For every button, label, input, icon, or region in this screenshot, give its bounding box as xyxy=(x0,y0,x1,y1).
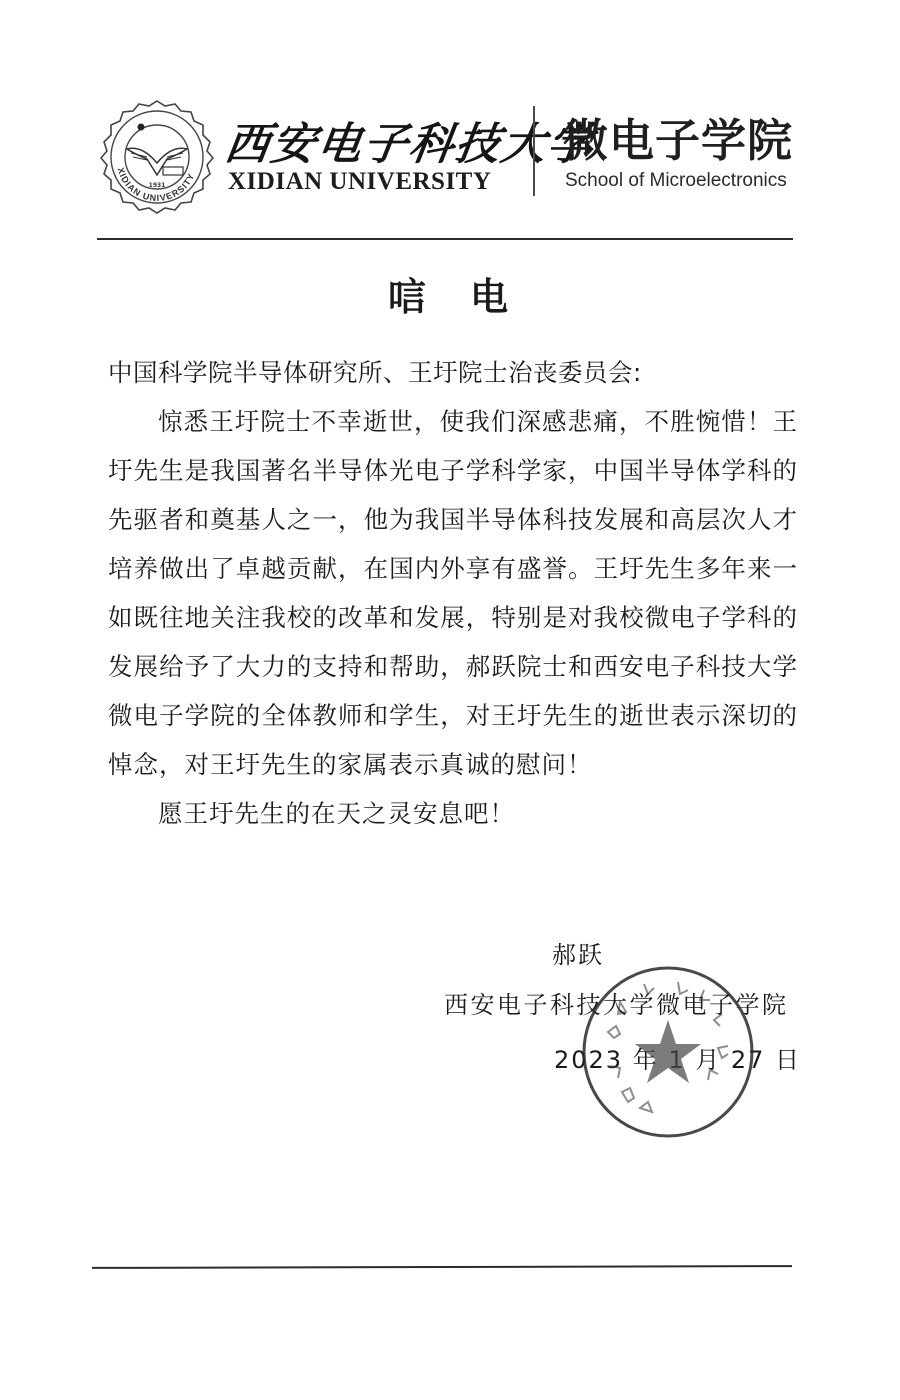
footer-rule xyxy=(92,1265,792,1269)
header-rule xyxy=(97,238,793,240)
letter-body: 中国科学院半导体研究所、王圩院士治丧委员会: 惊悉王圩院士不幸逝世，使我们深感悲… xyxy=(108,348,798,838)
official-seal-icon xyxy=(578,962,758,1142)
document-title: 唁电 xyxy=(0,266,900,321)
paragraph-closing: 愿王圩先生的在天之灵安息吧！ xyxy=(108,789,798,838)
salutation: 中国科学院半导体研究所、王圩院士治丧委员会: xyxy=(108,348,798,397)
header-divider xyxy=(533,106,535,196)
university-emblem-icon: 1931 XIDIAN UNIVERSITY xyxy=(97,97,217,217)
school-name-en: School of Microelectronics xyxy=(565,170,787,192)
university-name-cn: 西安电子科技大学 xyxy=(222,108,599,172)
university-name-en: XIDIAN UNIVERSITY xyxy=(228,168,491,196)
school-name-cn: 微电子学院 xyxy=(563,104,793,169)
svg-text:1931: 1931 xyxy=(149,182,166,189)
paragraph-condolence: 惊悉王圩院士不幸逝世，使我们深感悲痛，不胜惋惜！王圩先生是我国著名半导体光电子学… xyxy=(108,397,798,789)
